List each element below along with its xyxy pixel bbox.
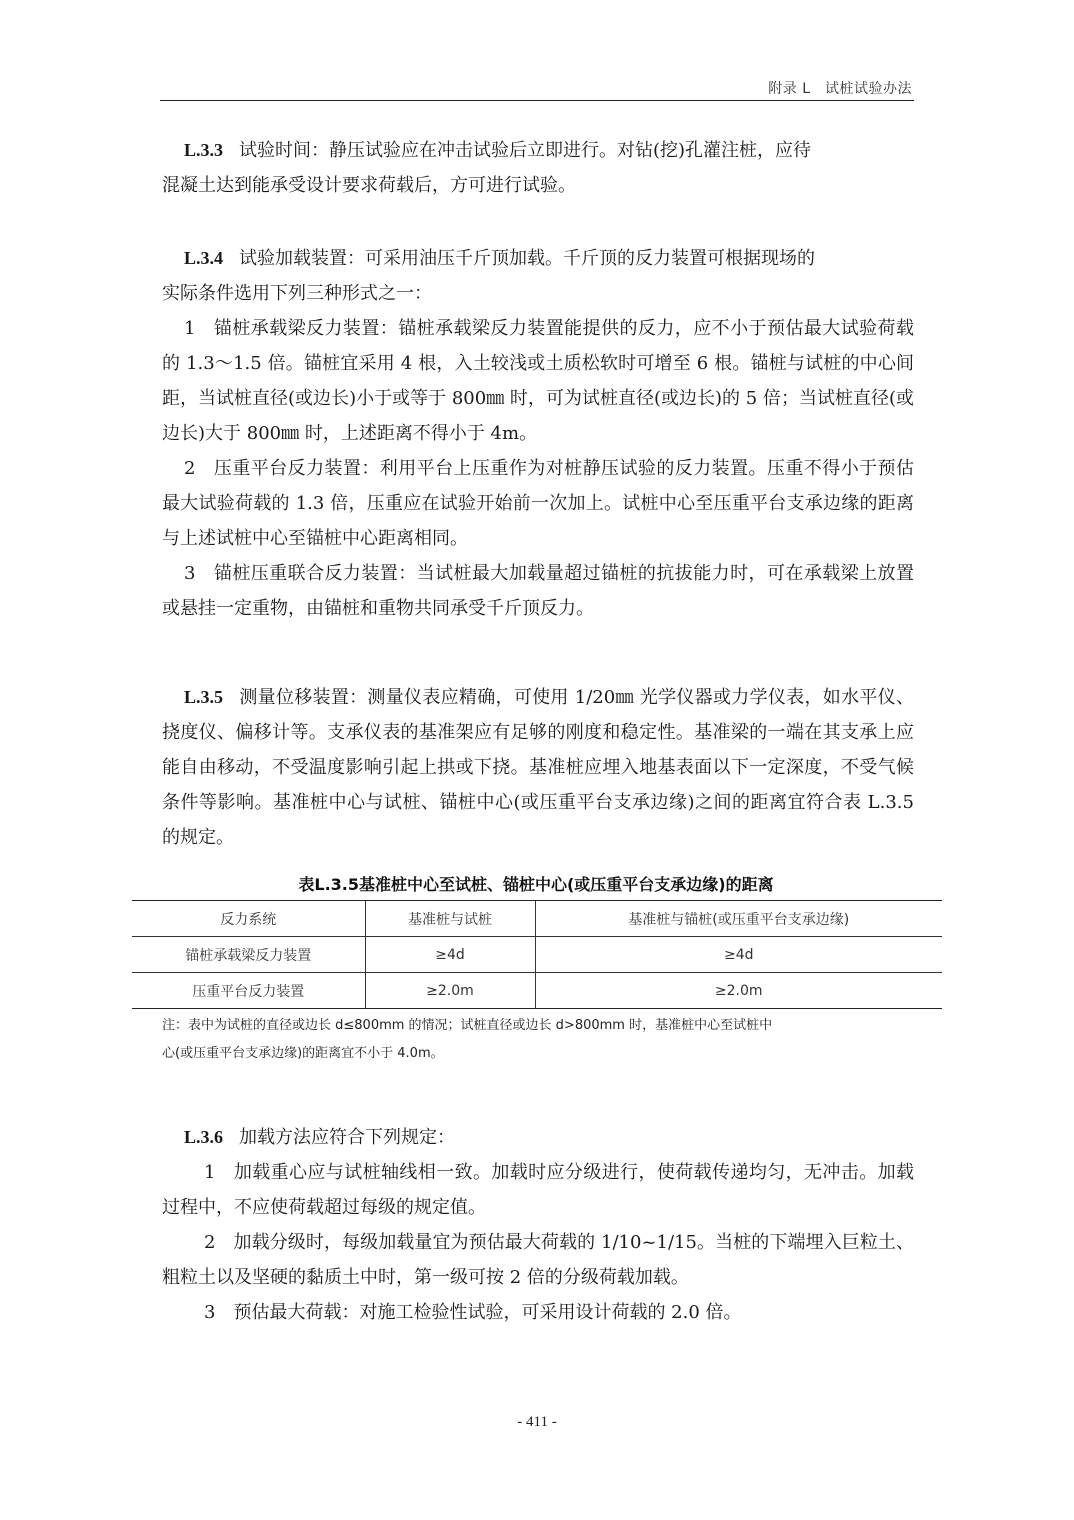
table-header-cell: 反力系统 <box>132 901 365 937</box>
table-cell: ≥4d <box>535 937 942 973</box>
list-item: 2压重平台反力装置：利用平台上压重作为对桩静压试验的反力装置。压重不得小于预估最… <box>162 451 914 556</box>
table-note: 注：表中为试桩的直径或边长 d≤800mm 的情况；试桩直径或边长 d>800m… <box>162 1012 914 1068</box>
table-row: 压重平台反力装置 ≥2.0m ≥2.0m <box>132 973 942 1009</box>
clause-number: L.3.5 <box>184 687 223 707</box>
table-note-line2: 心(或压重平台支承边缘)的距离宜不小于 4.0m。 <box>162 1040 914 1068</box>
table-row: 锚桩承载梁反力装置 ≥4d ≥4d <box>132 937 942 973</box>
table-note-line1: 注：表中为试桩的直径或边长 d≤800mm 的情况；试桩直径或边长 d>800m… <box>162 1012 914 1040</box>
section-l333-line1: L.3.3试验时间：静压试验应在冲击试验后立即进行。对钻(挖)孔灌注桩，应待 <box>162 133 914 168</box>
section-l334: L.3.4试验加载装置：可采用油压千斤顶加载。千斤顶的反力装置可根据现场的 实际… <box>162 241 914 626</box>
table-header-cell: 基准桩与锚桩(或压重平台支承边缘) <box>535 901 942 937</box>
table-header-cell: 基准桩与试桩 <box>365 901 535 937</box>
section-l336: L.3.6加载方法应符合下列规定： 1加载重心应与试桩轴线相一致。加载时应分级进… <box>162 1120 914 1330</box>
section-l334-intro1: L.3.4试验加载装置：可采用油压千斤顶加载。千斤顶的反力装置可根据现场的 <box>162 241 914 276</box>
section-l335: L.3.5测量位移装置：测量仪表应精确，可使用 1/20㎜ 光学仪器或力学仪表，… <box>162 680 914 855</box>
list-item: 1加载重心应与试桩轴线相一致。加载时应分级进行，使荷载传递均匀，无冲击。加载过程… <box>162 1155 914 1225</box>
list-item: 1锚桩承载梁反力装置：锚桩承载梁反力装置能提供的反力，应不小于预估最大试验荷载的… <box>162 311 914 451</box>
clause-number: L.3.3 <box>184 140 223 160</box>
list-item: 3锚桩压重联合反力装置：当试桩最大加载量超过锚桩的抗拔能力时，可在承载梁上放置或… <box>162 556 914 626</box>
page-header: 附录 L 试桩试验办法 <box>160 74 914 101</box>
table-cell: 压重平台反力装置 <box>132 973 365 1009</box>
table-cell: ≥4d <box>365 937 535 973</box>
table-header-row: 反力系统 基准桩与试桩 基准桩与锚桩(或压重平台支承边缘) <box>132 901 942 937</box>
clause-number: L.3.6 <box>184 1127 223 1147</box>
table-caption: 表L.3.5基准桩中心至试桩、锚桩中心(或压重平台支承边缘)的距离 <box>130 872 942 895</box>
page-number: - 411 - <box>0 1414 1074 1431</box>
section-l333: L.3.3试验时间：静压试验应在冲击试验后立即进行。对钻(挖)孔灌注桩，应待 混… <box>162 133 914 203</box>
section-l334-intro2: 实际条件选用下列三种形式之一： <box>162 276 914 311</box>
table-cell: 锚桩承载梁反力装置 <box>132 937 365 973</box>
list-item: 2加载分级时，每级加载量宜为预估最大荷载的 1/10~1/15。当桩的下端埋入巨… <box>162 1225 914 1295</box>
table-cell: ≥2.0m <box>365 973 535 1009</box>
section-l333-line2: 混凝土达到能承受设计要求荷载后，方可进行试验。 <box>162 168 914 203</box>
table-cell: ≥2.0m <box>535 973 942 1009</box>
clause-number: L.3.4 <box>184 248 223 268</box>
distance-table: 反力系统 基准桩与试桩 基准桩与锚桩(或压重平台支承边缘) 锚桩承载梁反力装置 … <box>132 900 942 1009</box>
header-title: 附录 L 试桩试验办法 <box>768 78 912 98</box>
section-l336-intro: L.3.6加载方法应符合下列规定： <box>162 1120 914 1155</box>
list-item: 3预估最大荷载：对施工检验性试验，可采用设计荷载的 2.0 倍。 <box>162 1295 914 1330</box>
section-l335-text: L.3.5测量位移装置：测量仪表应精确，可使用 1/20㎜ 光学仪器或力学仪表，… <box>162 680 914 855</box>
